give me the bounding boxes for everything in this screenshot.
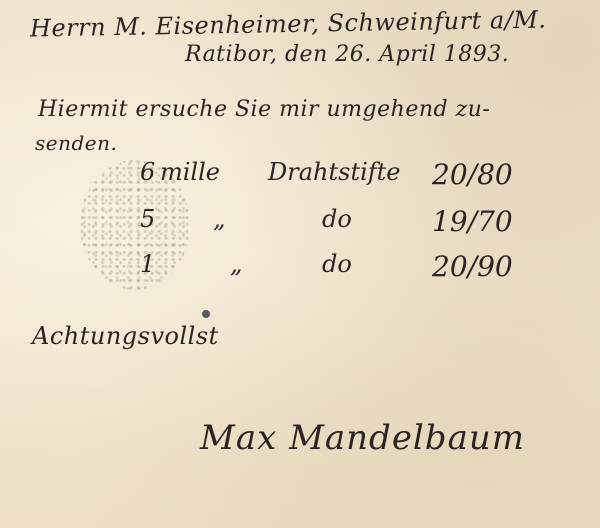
request-text-line1: Hiermit ersuche Sie mir umgehend zu-	[38, 97, 490, 122]
order-item: Drahtstifte	[268, 158, 401, 186]
order-unit: „	[213, 205, 225, 233]
order-qty: 1	[140, 250, 155, 278]
order-size: 19/70	[432, 205, 513, 238]
order-unit: mille	[160, 158, 220, 186]
order-item: do	[322, 205, 352, 233]
place-date: Ratibor, den 26. April 1893.	[185, 42, 509, 67]
order-item: do	[322, 250, 352, 278]
request-text-line2: senden.	[35, 131, 117, 155]
order-qty: 5	[140, 205, 155, 233]
ink-blot	[202, 310, 210, 318]
order-size: 20/90	[432, 250, 513, 283]
closing-salutation: Achtungsvollst	[32, 322, 219, 350]
signature: Max Mandelbaum	[200, 418, 525, 458]
order-qty: 6	[140, 158, 155, 186]
order-unit: „	[230, 250, 242, 278]
order-size: 20/80	[432, 158, 513, 191]
